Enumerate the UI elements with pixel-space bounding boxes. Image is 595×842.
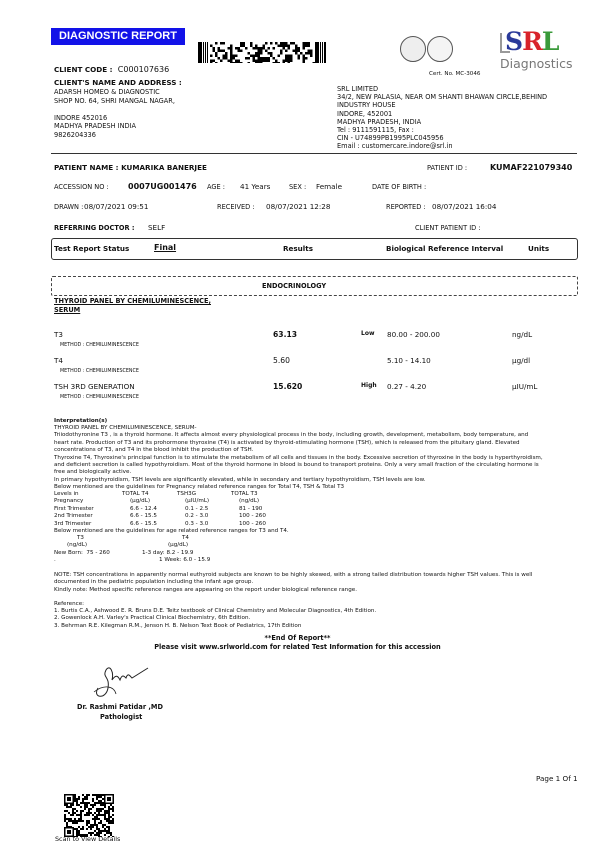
client-address-line: INDORE 452016 [54, 114, 175, 123]
patient-id-label: PATIENT ID : [427, 164, 467, 172]
age-table-header: T4 [182, 535, 189, 542]
panel-title-line-1: THYROID PANEL BY CHEMILUMINESCENCE, [54, 297, 211, 305]
pregnancy-table-row: 0.3 - 3.0 [185, 521, 208, 528]
age-value: 41 Years [240, 182, 270, 191]
test-name: T3 [54, 330, 63, 339]
client-patient-id-label: CLIENT PATIENT ID : [415, 224, 481, 232]
pregnancy-table-header: TOTAL T3 [231, 491, 258, 498]
accession-value: 0007UG001476 [128, 182, 197, 191]
accreditation-seal-icon [427, 36, 453, 62]
age-table-unit: (ng/dL) [67, 542, 87, 549]
interpretation-text: THYROID PANEL BY CHEMILUMINESCENCE, SERU… [54, 425, 543, 492]
sex-label: SEX : [289, 183, 306, 191]
microscope-icon [500, 33, 510, 53]
pregnancy-table-unit: (ng/dL) [239, 498, 259, 505]
pregnancy-table-header: TSH3G [177, 491, 196, 498]
status-value: Final [154, 243, 176, 252]
client-code: CLIENT CODE : C000107636 [54, 65, 169, 74]
test-method: METHOD : CHEMILUMINESCENCE [60, 343, 139, 348]
client-code-value: C000107636 [118, 65, 169, 74]
accession-label: ACCESSION NO : [54, 183, 109, 191]
result-unit: µIU/mL [512, 382, 537, 391]
interpretation-line: and deficient secretion is called hypoth… [54, 462, 543, 469]
age-guideline-intro: Below mentioned are the guidelines for a… [54, 528, 289, 535]
section-title: ENDOCRINOLOGY [262, 282, 326, 290]
interpretation-line: Thyroxine T4, Thyroxine's principal func… [54, 455, 543, 462]
sex-value: Female [316, 182, 342, 191]
lab-address-line: MADHYA PRADESH, INDIA [337, 118, 547, 126]
client-address-line: 9826204336 [54, 131, 175, 140]
interpretation-line: THYROID PANEL BY CHEMILUMINESCENCE, SERU… [54, 425, 543, 432]
test-name: TSH 3RD GENERATION [54, 382, 135, 391]
reference-interval: 0.27 - 4.20 [387, 382, 426, 391]
visit-website-line: Please visit www.srlworld.com for relate… [0, 643, 595, 651]
lab-address-line: CIN - U74899PB1995PLC045956 [337, 134, 547, 142]
units-column-header: Units [528, 244, 549, 253]
age-label: AGE : [207, 183, 225, 191]
note-text: NOTE: TSH concentrations in apparently n… [54, 572, 532, 594]
test-result: 5.60 [273, 356, 290, 365]
signature-icon [88, 658, 152, 702]
age-table-row: New Born: 75 - 260 [54, 550, 110, 557]
lab-address: SRL LIMITED34/2, NEW PALASIA, NEAR OM SH… [337, 85, 547, 151]
cert-number: Cert. No. MC-3046 [429, 71, 480, 78]
pregnancy-table-row: 6.6 - 15.5 [130, 521, 157, 528]
pregnancy-table-row: 6.6 - 12.4 [130, 506, 157, 513]
client-address-line: ADARSH HOMEO & DIAGNOSTIC [54, 88, 175, 97]
pregnancy-table-row: 0.2 - 3.0 [185, 513, 208, 520]
signatory-name: Dr. Rashmi Patidar ,MD [77, 703, 163, 711]
page-indicator: Page 1 Of 1 [536, 774, 578, 783]
age-table-header: T3 [77, 535, 84, 542]
pregnancy-table-row: 0.1 - 2.5 [185, 506, 208, 513]
test-method: METHOD : CHEMILUMINESCENCE [60, 369, 139, 374]
test-result: 15.620 [273, 382, 302, 391]
lab-address-line: INDUSTRY HOUSE [337, 101, 547, 109]
reported-value: 08/07/2021 16:04 [432, 202, 496, 211]
pregnancy-table-unit: Pregnancy [54, 498, 83, 505]
pregnancy-table-row: 2nd Trimester [54, 513, 93, 520]
received-label: RECEIVED : [217, 203, 255, 211]
reference-interval: 80.00 - 200.00 [387, 330, 440, 339]
reported-label: REPORTED : [386, 203, 426, 211]
barcode-icon [198, 42, 328, 63]
pregnancy-table-header: TOTAL T4 [122, 491, 149, 498]
qr-caption: Scan to View Details [55, 836, 120, 842]
patient-name: PATIENT NAME : KUMARIKA BANERJEE [54, 163, 207, 172]
results-column-header: Results [283, 244, 313, 253]
age-table-row: . [54, 557, 56, 564]
interpretation-line: In primary hypothyroidism, TSH levels ar… [54, 477, 543, 484]
result-flag: High [361, 382, 377, 389]
client-address-label: CLIENT'S NAME AND ADDRESS : [54, 78, 182, 87]
nabl-logo-icon [400, 36, 426, 62]
note-line: documented in the pediatric population i… [54, 579, 532, 586]
client-address-line: MADHYA PRADESH INDIA [54, 122, 175, 131]
drawn-label: DRAWN : [54, 203, 83, 211]
srl-logo: SRL [505, 31, 558, 53]
note-line: NOTE: TSH concentrations in apparently n… [54, 572, 532, 579]
test-name: T4 [54, 356, 63, 365]
lab-address-line: Email : customercare.indore@srl.in [337, 142, 547, 150]
status-label: Test Report Status [54, 244, 129, 253]
pregnancy-table-row: 3rd Trimester [54, 521, 91, 528]
lab-address-line: INDORE, 452001 [337, 110, 547, 118]
test-method: METHOD : CHEMILUMINESCENCE [60, 395, 139, 400]
client-address: ADARSH HOMEO & DIAGNOSTICSHOP NO. 64, SH… [54, 88, 175, 140]
report-title-banner: DIAGNOSTIC REPORT [51, 28, 185, 45]
signatory-title: Pathologist [100, 713, 142, 721]
note-line: Kindly note: Method specific reference r… [54, 587, 532, 594]
panel-title-line-2: SERUM [54, 306, 80, 314]
client-code-label: CLIENT CODE : [54, 65, 113, 74]
lab-address-line: Tel : 9111591115, Fax : [337, 126, 547, 134]
interpretation-line: Triiodothyronine T3 , is a thyroid hormo… [54, 432, 543, 439]
lab-address-line: 34/2, NEW PALASIA, NEAR OM SHANTI BHAWAN… [337, 93, 547, 101]
pregnancy-table-row: First Trimester [54, 506, 94, 513]
pregnancy-table-unit: (µIU/mL) [185, 498, 209, 505]
ref-doctor-value: SELF [148, 223, 165, 232]
reference-list: 1. Burtis C.A., Ashwood E. R. Bruns D.E.… [54, 608, 376, 630]
patient-id-value: KUMAF221079340 [490, 163, 572, 172]
pregnancy-table-row: 6.6 - 15.5 [130, 513, 157, 520]
reference-item: 1. Burtis C.A., Ashwood E. R. Bruns D.E.… [54, 608, 376, 615]
end-of-report: **End Of Report** [0, 634, 595, 642]
qr-code-icon[interactable] [64, 794, 114, 837]
ref-interval-column-header: Biological Reference Interval [386, 244, 503, 253]
drawn-value: 08/07/2021 09:51 [84, 202, 148, 211]
result-unit: ng/dL [512, 330, 532, 339]
client-address-line: SHOP NO. 64, SHRI MANGAL NAGAR, [54, 97, 175, 106]
srl-logo-subtitle: Diagnostics [500, 56, 573, 71]
interpretation-line: concentrations of T3, and T4 in the bloo… [54, 447, 543, 454]
age-table-row: 1 Week: 6.0 - 15.9 [159, 557, 210, 564]
pregnancy-table-row: 100 - 260 [239, 513, 266, 520]
patient-name-value: KUMARIKA BANERJEE [121, 163, 207, 172]
age-table-row: 1-3 day: 8.2 - 19.9 [142, 550, 193, 557]
client-address-line [54, 105, 175, 114]
lab-address-line: SRL LIMITED [337, 85, 547, 93]
reference-item: 3. Behrman R.E. Kilegman R.M., Jenson H.… [54, 623, 376, 630]
age-table-unit: (µg/dL) [168, 542, 188, 549]
result-flag: Low [361, 330, 375, 337]
pregnancy-table-row: 81 - 190 [239, 506, 262, 513]
interpretation-line: heart rate. Production of T3 and its pro… [54, 440, 543, 447]
test-result: 63.13 [273, 330, 297, 339]
dob-label: DATE OF BIRTH : [372, 183, 426, 191]
interpretation-line: free and biologically active. [54, 469, 543, 476]
reference-interval: 5.10 - 14.10 [387, 356, 431, 365]
result-unit: µg/dl [512, 356, 530, 365]
ref-doctor-label: REFERRING DOCTOR : [54, 224, 134, 232]
reference-item: 2. Gowenlock A.H. Varley's Practical Cli… [54, 615, 376, 622]
pregnancy-table-unit: (µg/dL) [130, 498, 150, 505]
pregnancy-table-header: Levels in [54, 491, 79, 498]
header-divider [51, 153, 577, 154]
received-value: 08/07/2021 12:28 [266, 202, 330, 211]
pregnancy-table-row: 100 - 260 [239, 521, 266, 528]
